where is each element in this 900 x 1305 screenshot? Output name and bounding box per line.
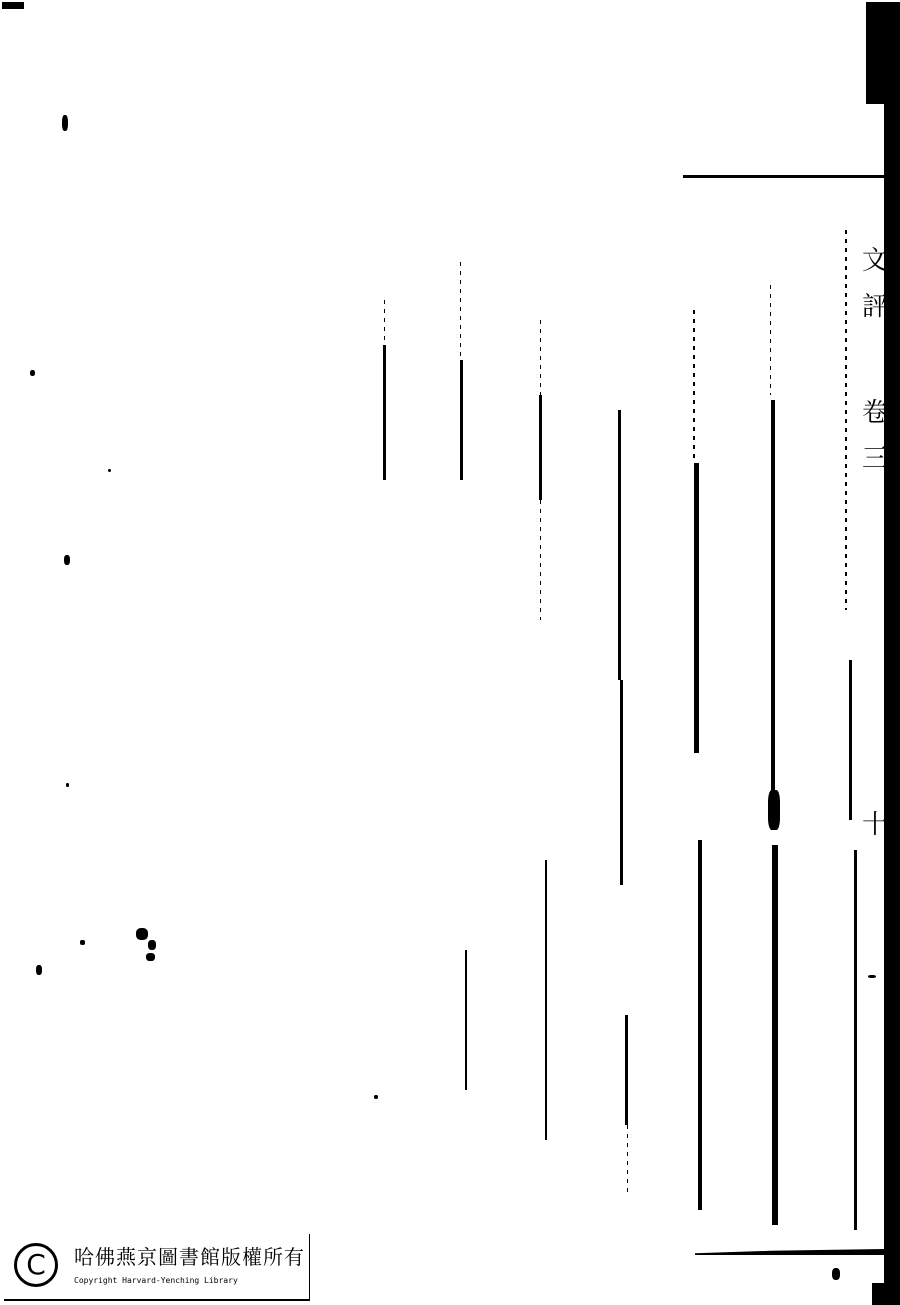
scan-border-right <box>884 104 900 1305</box>
column-rule <box>460 360 463 480</box>
column-rule <box>460 262 461 360</box>
edge-char: 評 <box>862 284 884 330</box>
scan-border-bottom-right <box>872 1283 900 1305</box>
column-rule <box>540 320 541 620</box>
ink-speck <box>868 975 876 978</box>
column-rule <box>383 345 386 480</box>
ink-speck <box>62 115 68 131</box>
column-rule <box>849 660 852 820</box>
column-rule <box>845 230 847 610</box>
column-rule <box>771 400 775 830</box>
column-rule <box>620 680 623 885</box>
copyright-text-english: Copyright Harvard-Yenching Library <box>74 1276 238 1285</box>
column-rule <box>772 845 778 1225</box>
copyright-icon: C <box>14 1243 58 1287</box>
ink-speck <box>36 965 42 975</box>
column-rule <box>698 840 702 1210</box>
column-rule <box>384 300 385 345</box>
ink-speck <box>146 953 155 961</box>
ink-speck <box>80 940 85 945</box>
column-rule <box>625 1015 628 1125</box>
column-rule <box>694 463 699 753</box>
column-rule <box>618 410 621 680</box>
copyright-stamp: C 哈佛燕京圖書館版權所有 Copyright Harvard-Yenching… <box>4 1234 310 1301</box>
edge-char: 卷 <box>862 390 884 436</box>
edge-char: 十 <box>862 802 884 848</box>
ink-speck <box>30 370 35 376</box>
page-border-bottom <box>695 1249 884 1255</box>
ink-speck <box>136 928 148 940</box>
copyright-text-chinese: 哈佛燕京圖書館版權所有 <box>74 1241 305 1270</box>
ink-speck <box>64 555 70 565</box>
column-rule <box>770 285 771 395</box>
ink-speck <box>374 1095 378 1099</box>
ink-speck <box>66 783 69 787</box>
ink-speck <box>108 469 111 472</box>
column-rule <box>545 860 547 1140</box>
column-rule <box>465 950 467 1090</box>
scan-border-top-right <box>866 2 900 104</box>
column-rule <box>627 1125 628 1195</box>
scanned-page: 文 評 卷 三 十 C 哈佛燕京圖書館版權所有 Copyright Harvar… <box>0 0 900 1305</box>
copyright-symbol: C <box>26 1251 46 1279</box>
edge-char: 文 <box>862 238 884 284</box>
ink-speck <box>832 1268 840 1280</box>
page-border-top <box>683 175 884 178</box>
column-rule <box>768 790 780 830</box>
edge-char: 三 <box>862 436 884 482</box>
ink-mark <box>2 2 24 9</box>
column-rule <box>854 850 857 1230</box>
edge-characters: 文 評 卷 三 十 <box>860 238 884 848</box>
ink-speck <box>148 940 156 950</box>
column-rule <box>693 310 695 460</box>
